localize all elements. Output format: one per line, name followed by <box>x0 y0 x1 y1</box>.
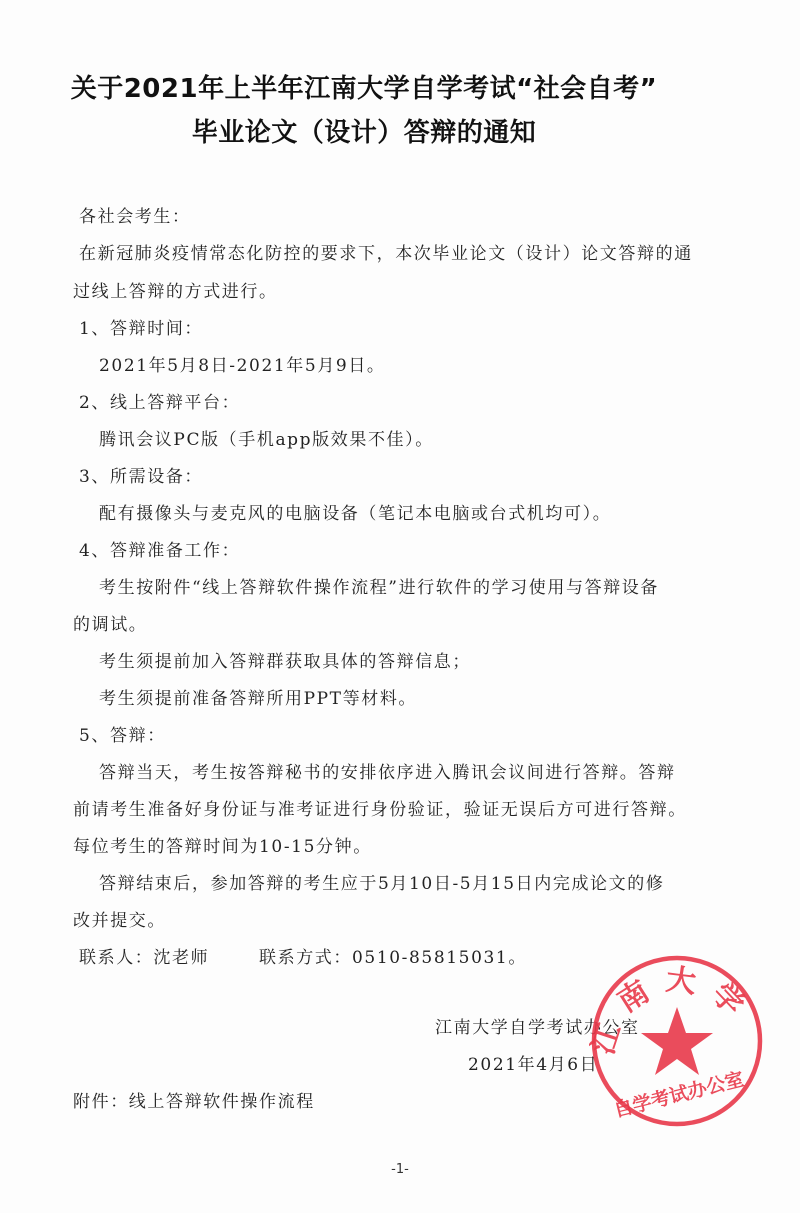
section-5-line-1: 答辩当天，考生按答辩秘书的安排依序进入腾讯会议间进行答辩。答辩 <box>99 762 676 784</box>
contact-person: 联系人：沈老师 <box>79 947 209 969</box>
salutation: 各社会考生： <box>79 206 191 228</box>
section-1-line-1: 2021年5月8日-2021年5月9日。 <box>99 355 386 377</box>
section-5-line-4: 答辩结束后，参加答辩的考生应于5月10日-5月15日内完成论文的修 <box>99 873 664 895</box>
document-title-line-2: 毕业论文（设计）答辩的通知 <box>0 112 764 149</box>
section-1-heading: 1、答辩时间： <box>79 318 203 340</box>
document-page: 关于2021年上半年江南大学自学考试“社会自考” 毕业论文（设计）答辩的通知 各… <box>0 0 800 1213</box>
section-3-heading: 3、所需设备： <box>79 466 203 488</box>
section-2-heading: 2、线上答辩平台： <box>79 392 240 414</box>
section-4-line-3: 考生须提前加入答辩群获取具体的答辩信息； <box>99 651 471 673</box>
intro-paragraph-line-1: 在新冠肺炎疫情常态化防控的要求下，本次毕业论文（设计）论文答辩的通 <box>79 243 693 265</box>
section-5-line-5: 改并提交。 <box>73 910 166 932</box>
section-5-line-3: 每位考生的答辩时间为10-15分钟。 <box>73 836 372 858</box>
section-5-line-2: 前请考生准备好身份证与准考证进行身份验证，验证无误后方可进行答辩。 <box>73 799 687 821</box>
attachment-note: 附件：线上答辩软件操作流程 <box>73 1091 315 1113</box>
section-4-line-4: 考生须提前准备答辩所用PPT等材料。 <box>99 688 417 710</box>
page-number: -1- <box>0 1162 800 1177</box>
signature-date: 2021年4月6日 <box>468 1054 598 1076</box>
section-5-heading: 5、答辩： <box>79 725 166 747</box>
contact-phone: 联系方式：0510-85815031。 <box>259 947 527 969</box>
section-4-line-2: 的调试。 <box>73 614 147 636</box>
section-4-heading: 4、答辩准备工作： <box>79 540 240 562</box>
section-3-line-1: 配有摄像头与麦克风的电脑设备（笔记本电脑或台式机均可）。 <box>99 503 611 525</box>
star-icon <box>641 1007 713 1075</box>
official-seal-stamp: 江南大学 自学考试办公室 <box>589 953 765 1129</box>
intro-paragraph-line-2: 过线上答辩的方式进行。 <box>73 281 278 303</box>
document-title-line-1: 关于2021年上半年江南大学自学考试“社会自考” <box>0 68 764 105</box>
section-4-line-1: 考生按附件“线上答辩软件操作流程”进行软件的学习使用与答辩设备 <box>99 577 659 599</box>
section-2-line-1: 腾讯会议PC版（手机app版效果不佳）。 <box>99 429 434 451</box>
seal-bottom-text: 自学考试办公室 <box>612 1067 747 1121</box>
